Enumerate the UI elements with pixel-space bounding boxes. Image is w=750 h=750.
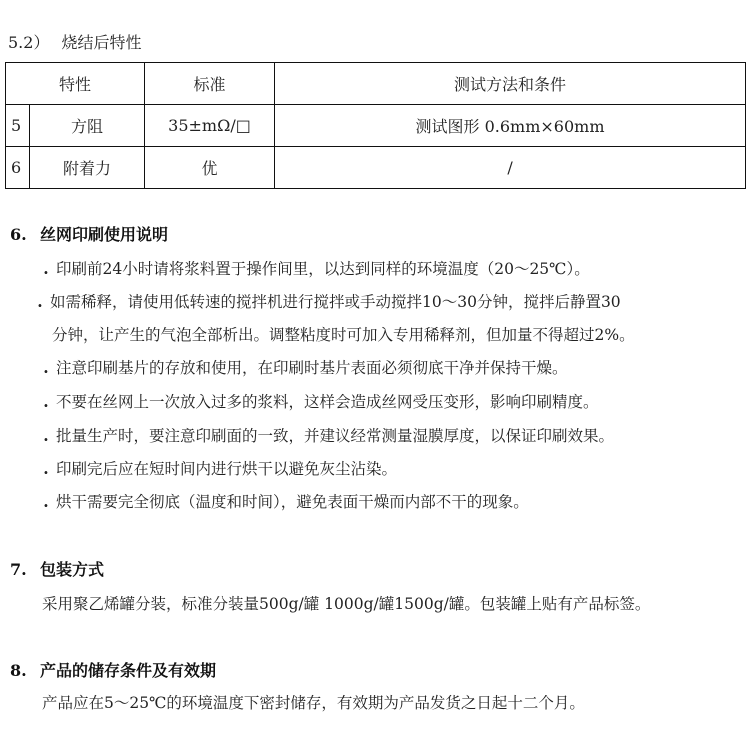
list-item-text: 如需稀释，请使用低转速的搅拌机进行搅拌或手动搅拌10～30分钟，搅拌后静置30 (50, 293, 621, 311)
bullet-icon: . (36, 358, 56, 377)
list-item-text: 印刷完后应在短时间内进行烘干以避免灰尘沾染。 (56, 460, 397, 478)
section-5-2-number: 5.2） (8, 33, 49, 52)
section-8-heading: 8.产品的储存条件及有效期 (10, 658, 216, 681)
section-7-heading: 7.包装方式 (10, 557, 104, 580)
header-standard: 标准 (145, 63, 275, 105)
row-standard: 优 (145, 147, 275, 189)
header-test-method: 测试方法和条件 (275, 63, 746, 105)
list-item: .批量生产时，要注意印刷面的一致，并建议经常测量湿膜厚度，以保证印刷效果。 (36, 424, 614, 446)
section-8-title: 产品的储存条件及有效期 (40, 661, 216, 680)
row-method: 测试图形 0.6mm×60mm (275, 105, 746, 147)
section-8-number: 8. (10, 661, 40, 680)
list-item-text: 分钟，让产生的气泡全部析出。调整粘度时可加入专用稀释剂，但加量不得超过2%。 (52, 326, 635, 344)
section-6-number: 6. (10, 225, 40, 244)
list-item-text: 注意印刷基片的存放和使用，在印刷时基片表面必须彻底干净并保持干燥。 (56, 359, 568, 377)
row-index: 6 (6, 147, 30, 189)
section-7-text: 采用聚乙烯罐分装，标准分装量500g/罐 1000g/罐1500g/罐。包装罐上… (42, 592, 650, 614)
list-item-text: 烘干需要完全彻底（温度和时间），避免表面干燥而内部不干的现象。 (56, 493, 529, 511)
header-property: 特性 (6, 63, 145, 105)
section-5-2-title: 烧结后特性 (61, 33, 141, 52)
list-item-text: 不要在丝网上一次放入过多的浆料，这样会造成丝网受压变形，影响印刷精度。 (56, 393, 599, 411)
row-standard: 35±mΩ/□ (145, 105, 275, 147)
row-property: 方阻 (30, 105, 145, 147)
bullet-icon: . (36, 426, 56, 445)
list-item: .不要在丝网上一次放入过多的浆料，这样会造成丝网受压变形，影响印刷精度。 (36, 390, 599, 412)
bullet-icon: . (36, 459, 56, 478)
section-7-title: 包装方式 (40, 560, 104, 579)
bullet-icon: . (36, 259, 56, 278)
section-5-2-heading: 5.2）烧结后特性 (8, 30, 141, 53)
row-property: 附着力 (30, 147, 145, 189)
list-item-continuation: 分钟，让产生的气泡全部析出。调整粘度时可加入专用稀释剂，但加量不得超过2%。 (52, 323, 635, 345)
bullet-icon: . (36, 392, 56, 411)
list-item: .注意印刷基片的存放和使用，在印刷时基片表面必须彻底干净并保持干燥。 (36, 356, 568, 378)
row-index: 5 (6, 105, 30, 147)
list-item: .如需稀释，请使用低转速的搅拌机进行搅拌或手动搅拌10～30分钟，搅拌后静置30 (30, 290, 621, 312)
table-row: 6 附着力 优 / (6, 147, 746, 189)
section-7-number: 7. (10, 560, 40, 579)
table-row: 5 方阻 35±mΩ/□ 测试图形 0.6mm×60mm (6, 105, 746, 147)
table-header-row: 特性 标准 测试方法和条件 (6, 63, 746, 105)
bullet-icon: . (30, 292, 50, 311)
section-6-title: 丝网印刷使用说明 (40, 225, 168, 244)
section-8-text: 产品应在5～25℃的环境温度下密封储存，有效期为产品发货之日起十二个月。 (42, 691, 585, 713)
list-item-text: 印刷前24小时请将浆料置于操作间里，以达到同样的环境温度（20～25℃）。 (56, 260, 590, 278)
sintered-properties-table: 特性 标准 测试方法和条件 5 方阻 35±mΩ/□ 测试图形 0.6mm×60… (5, 62, 746, 189)
list-item: .烘干需要完全彻底（温度和时间），避免表面干燥而内部不干的现象。 (36, 490, 529, 512)
section-6-heading: 6.丝网印刷使用说明 (10, 222, 168, 245)
list-item-text: 批量生产时，要注意印刷面的一致，并建议经常测量湿膜厚度，以保证印刷效果。 (56, 427, 614, 445)
bullet-icon: . (36, 492, 56, 511)
list-item: .印刷完后应在短时间内进行烘干以避免灰尘沾染。 (36, 457, 397, 479)
row-method: / (275, 147, 746, 189)
list-item: .印刷前24小时请将浆料置于操作间里，以达到同样的环境温度（20～25℃）。 (36, 257, 590, 279)
